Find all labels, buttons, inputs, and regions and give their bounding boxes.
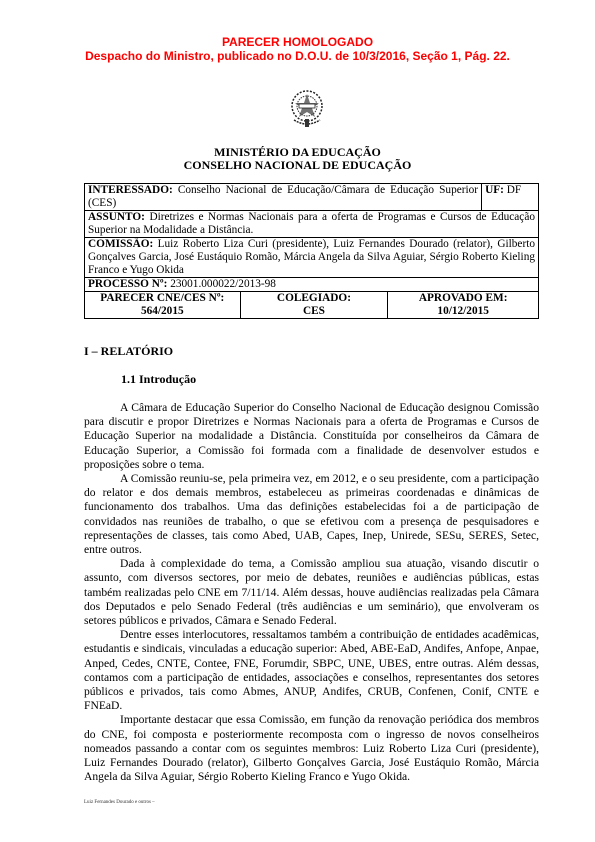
processo-cell: PROCESSO Nº: 23001.000022/2013-98: [85, 278, 539, 292]
section-title: I – RELATÓRIO: [84, 344, 173, 359]
assunto-row: ASSUNTO: Diretrizes e Normas Nacionais p…: [85, 211, 539, 238]
paragraph: Dada à complexidade do tema, a Comissão …: [84, 557, 539, 628]
council-name: CONSELHO NACIONAL DE EDUCAÇÃO: [0, 159, 595, 172]
process-info-table: INTERESSADO: Conselho Nacional de Educaç…: [84, 183, 539, 319]
paragraph: A Câmara de Educação Superior do Conselh…: [84, 401, 539, 472]
publication-note: Despacho do Ministro, publicado no D.O.U…: [0, 49, 595, 63]
comissao-row: COMISSÃO: Luiz Roberto Liza Curi (presid…: [85, 238, 539, 278]
page-footer: Luiz Fernandes Dourado e outros –: [84, 800, 155, 805]
brasao-republica-icon: [288, 86, 326, 130]
parecer-row: PARECER CNE/CES Nº:564/2015 COLEGIADO:CE…: [85, 292, 539, 319]
report-body: A Câmara de Educação Superior do Conselh…: [84, 401, 539, 784]
assunto-cell: ASSUNTO: Diretrizes e Normas Nacionais p…: [85, 211, 539, 238]
comissao-cell: COMISSÃO: Luiz Roberto Liza Curi (presid…: [85, 238, 539, 278]
interessado-cell: INTERESSADO: Conselho Nacional de Educaç…: [85, 184, 482, 211]
processo-row: PROCESSO Nº: 23001.000022/2013-98: [85, 278, 539, 292]
uf-cell: UF: DF: [482, 184, 539, 211]
subsection-title: 1.1 Introdução: [121, 372, 196, 387]
paragraph: Importante destacar que essa Comissão, e…: [84, 713, 539, 784]
paragraph: Dentre esses interlocutores, ressaltamos…: [84, 628, 539, 713]
interessado-row: INTERESSADO: Conselho Nacional de Educaç…: [85, 184, 539, 211]
colegiado-cell: COLEGIADO:CES: [240, 292, 388, 319]
parecer-cell: PARECER CNE/CES Nº:564/2015: [85, 292, 241, 319]
homologated-status: PARECER HOMOLOGADO: [0, 35, 595, 49]
aprovado-cell: APROVADO EM:10/12/2015: [388, 292, 539, 319]
paragraph: A Comissão reuniu-se, pela primeira vez,…: [84, 472, 539, 557]
